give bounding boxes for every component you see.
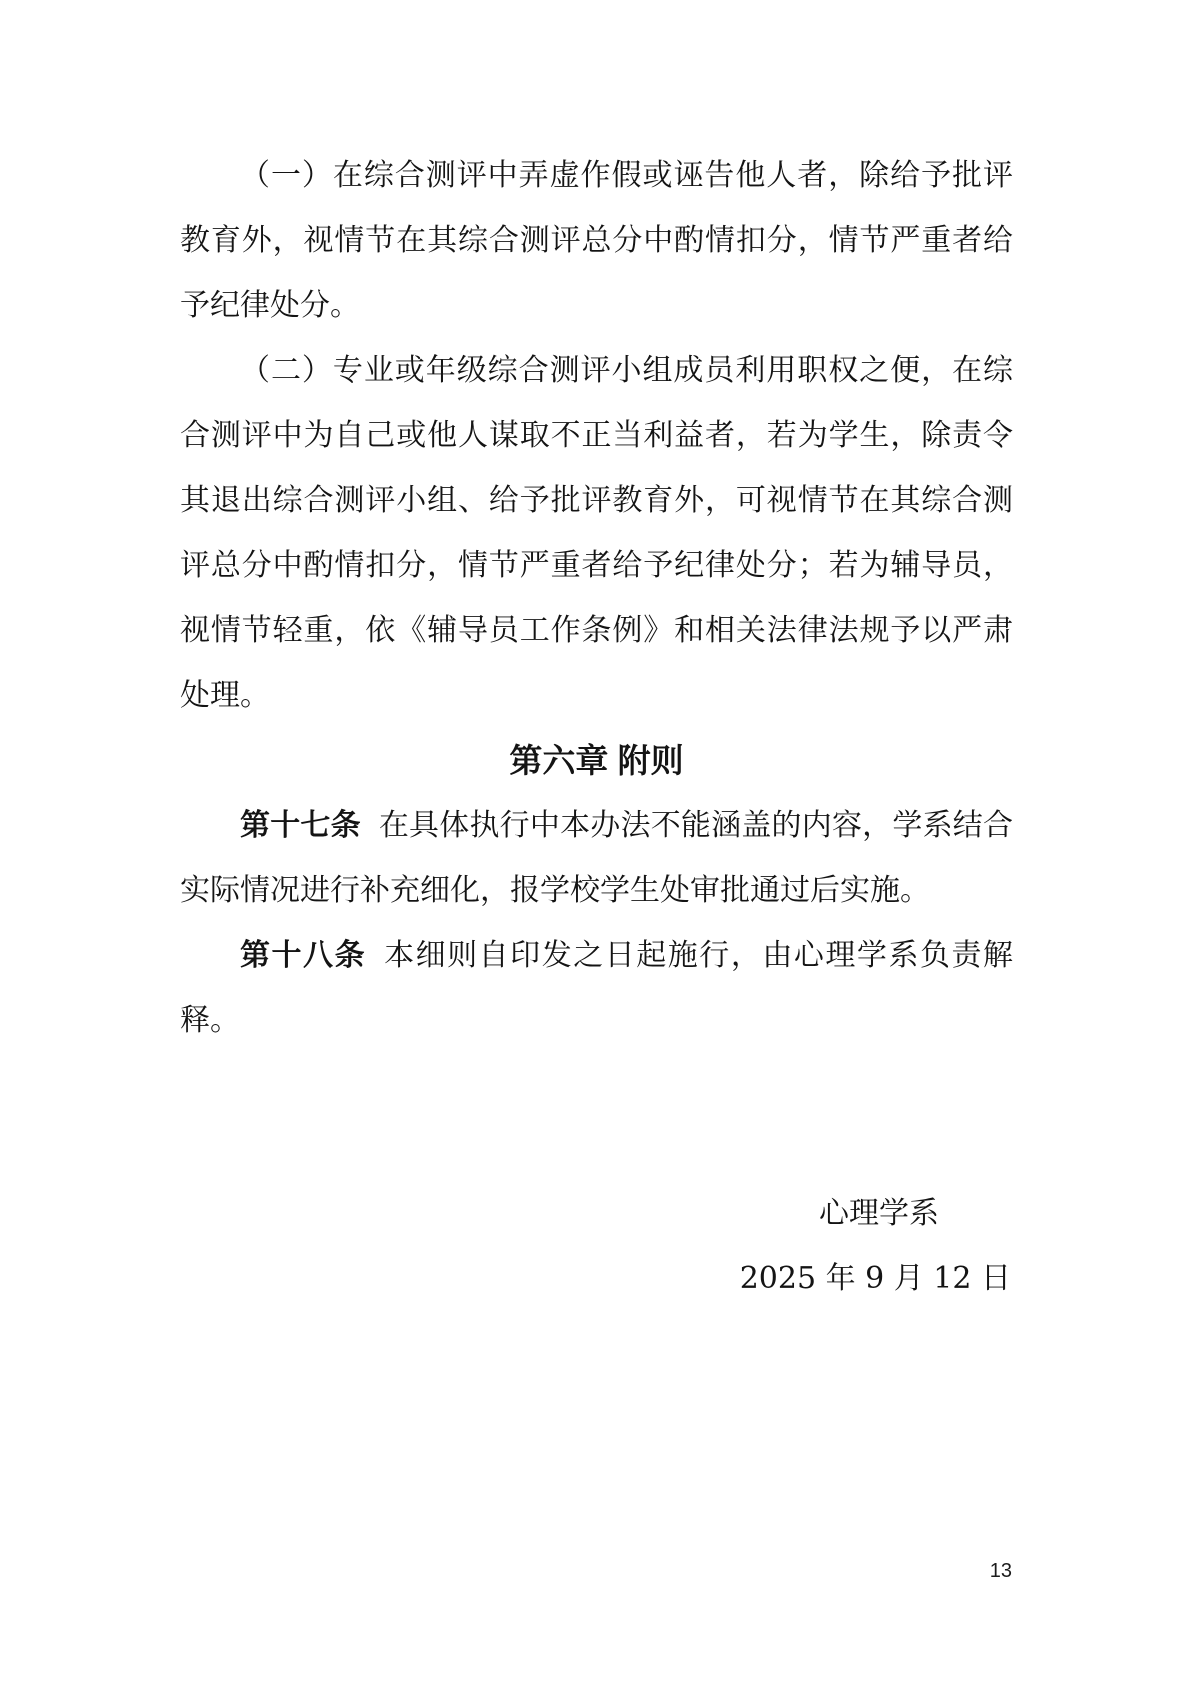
- signature-block: 心理学系 2025 年 9 月 12 日: [180, 1181, 1013, 1311]
- article-18-number: 第十八条: [240, 939, 366, 972]
- signature-department: 心理学系: [180, 1181, 1013, 1246]
- signature-date: 2025 年 9 月 12 日: [180, 1246, 1013, 1311]
- clause-item-1: （一）在综合测评中弄虚作假或诬告他人者，除给予批评教育外，视情节在其综合测评总分…: [180, 143, 1013, 338]
- document-page: （一）在综合测评中弄虚作假或诬告他人者，除给予批评教育外，视情节在其综合测评总分…: [0, 0, 1191, 1684]
- page-number: 13: [990, 1559, 1012, 1583]
- clause-item-2: （二）专业或年级综合测评小组成员利用职权之便，在综合测评中为自己或他人谋取不正当…: [180, 338, 1013, 728]
- chapter-heading: 第六章 附则: [180, 728, 1013, 793]
- article-17-number: 第十七条: [240, 809, 361, 842]
- article-18: 第十八条本细则自印发之日起施行，由心理学系负责解释。: [180, 923, 1013, 1053]
- article-17: 第十七条在具体执行中本办法不能涵盖的内容，学系结合实际情况进行补充细化，报学校学…: [180, 793, 1013, 923]
- document-body: （一）在综合测评中弄虚作假或诬告他人者，除给予批评教育外，视情节在其综合测评总分…: [180, 143, 1013, 1311]
